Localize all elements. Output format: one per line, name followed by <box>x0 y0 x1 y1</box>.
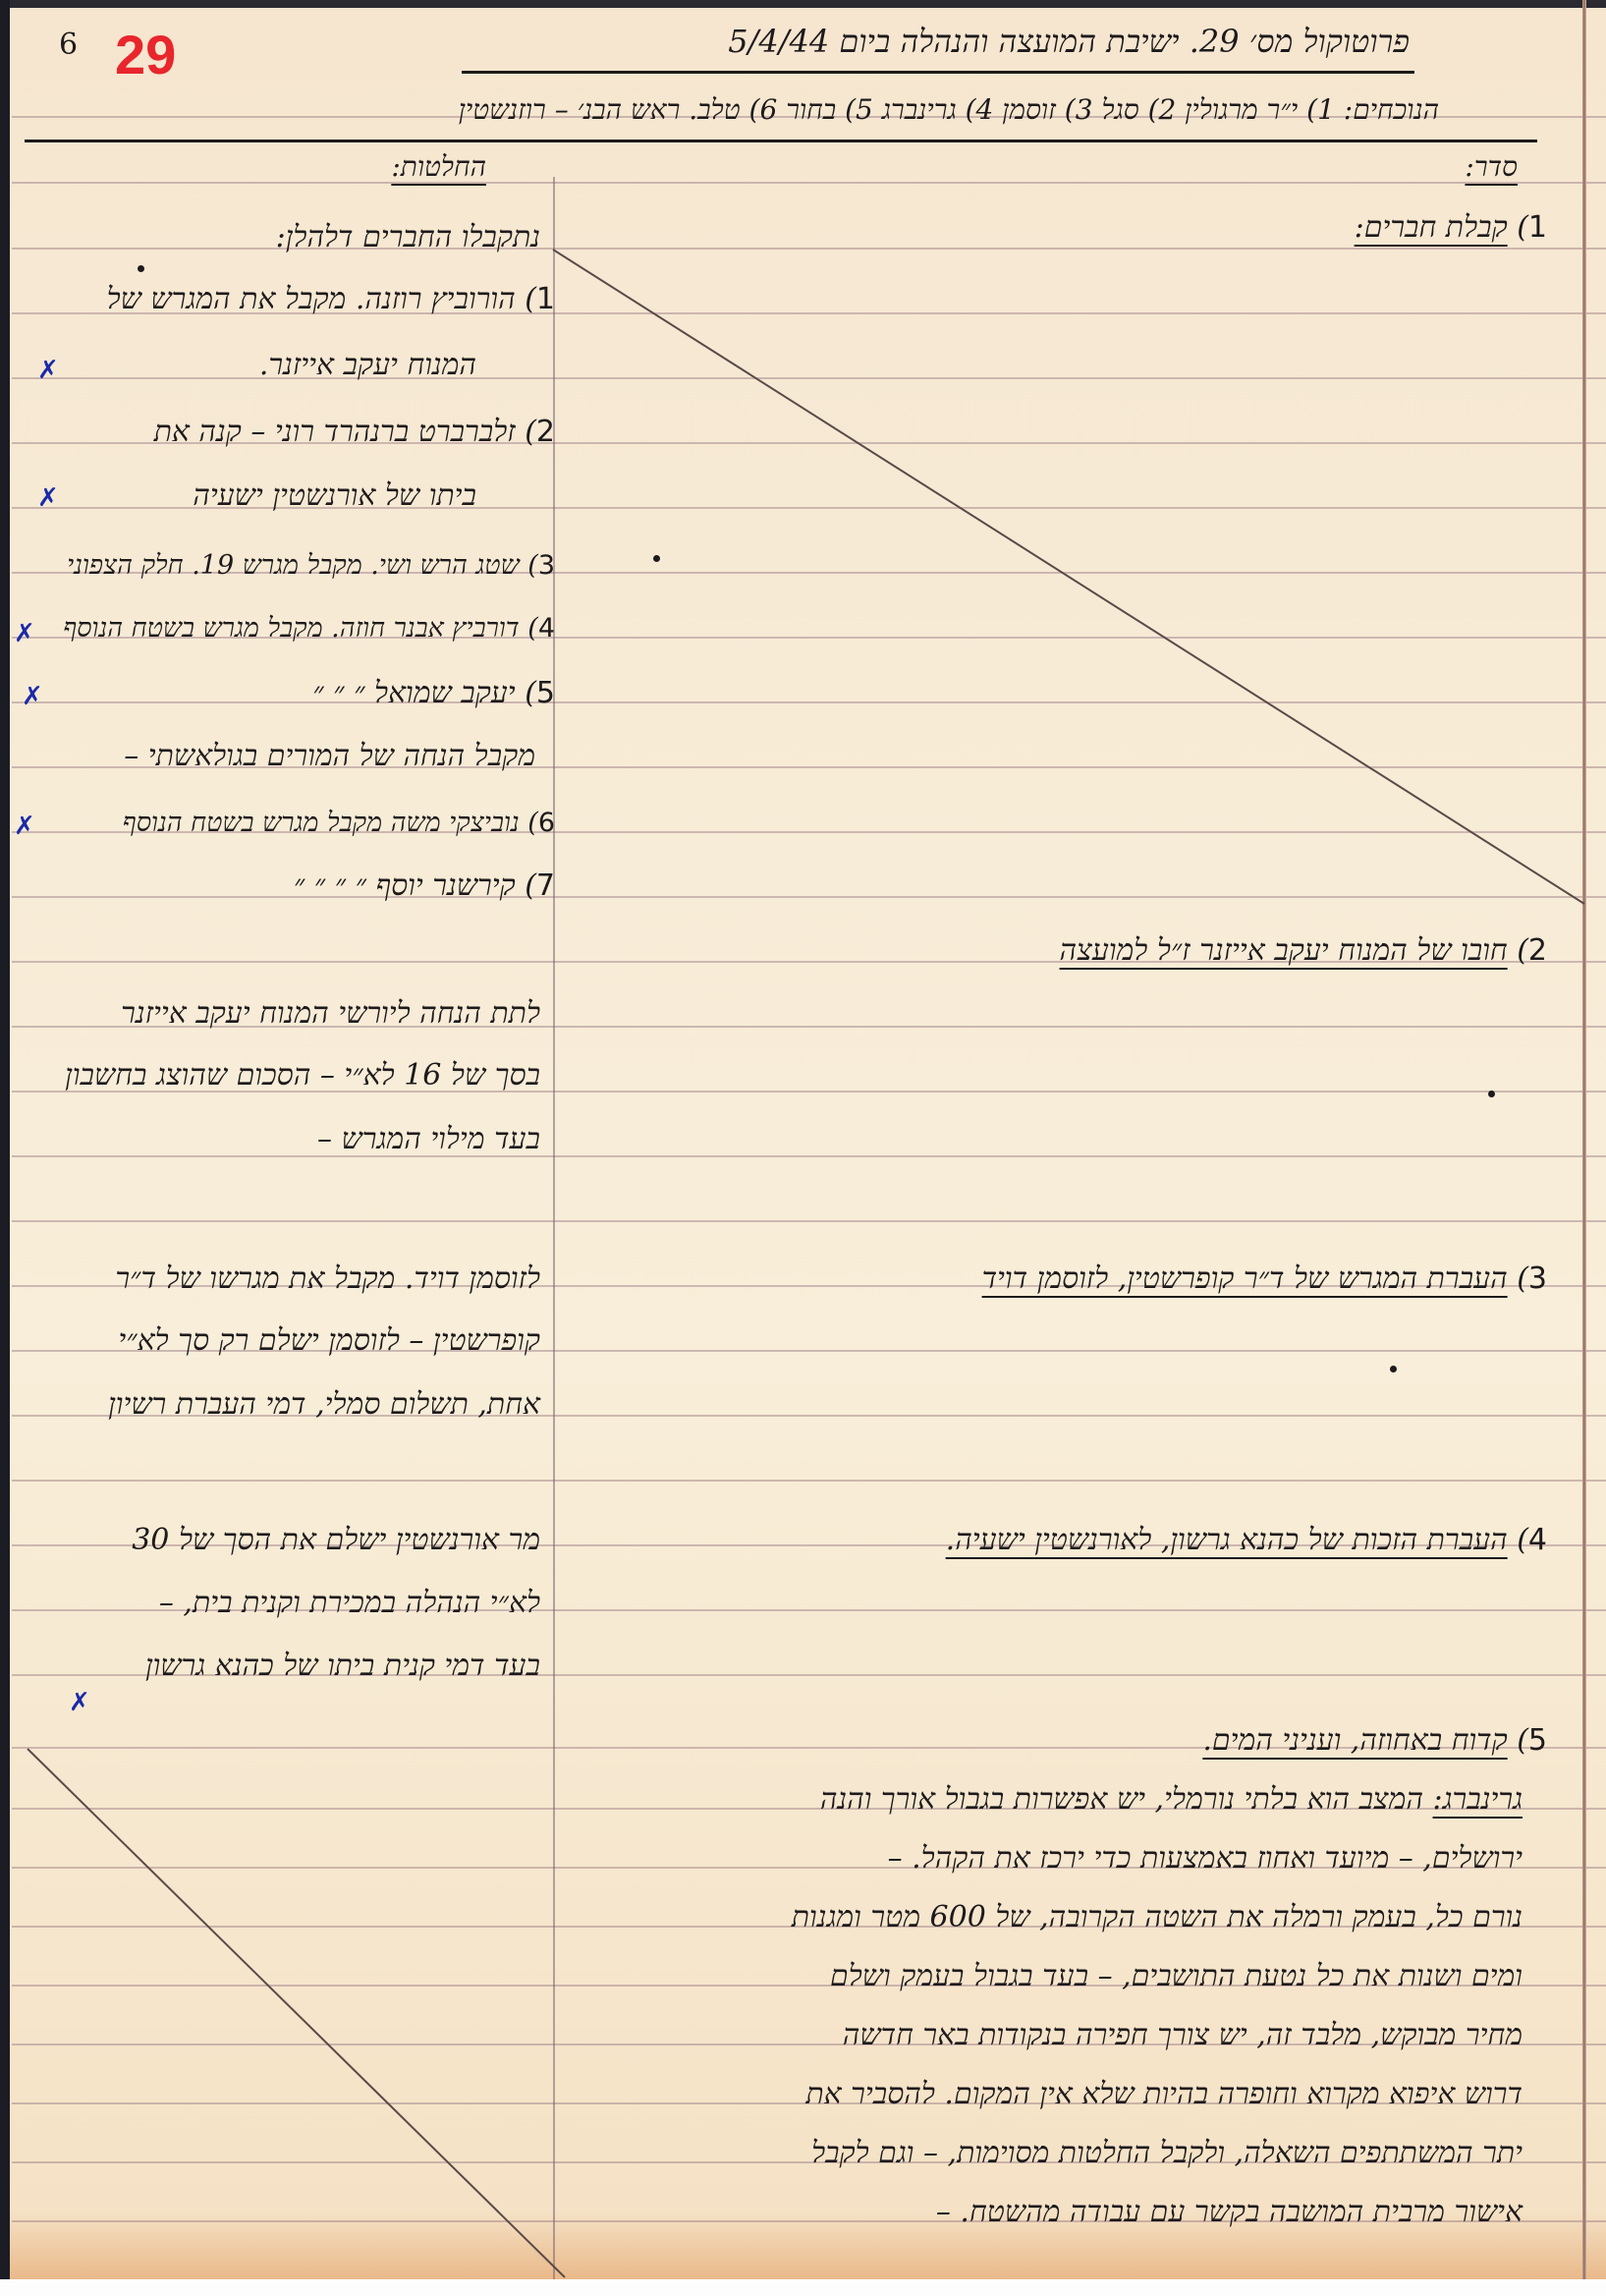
agenda-item: 3) העברת המגרש של ד״ר קופרשטין, לזוסמן ד… <box>982 1260 1547 1299</box>
water-line: אישור מרבית המושבה בקשר עם עבודה מהשטח. … <box>936 2193 1523 2232</box>
checkmark-icon: ✗ <box>22 682 43 711</box>
ruled-line <box>12 701 1606 703</box>
water-line: מחיר מבוקש, מלבד זה, יש צורך חפירה בנקוד… <box>843 2016 1523 2055</box>
member-entry-cont: ביתו של אורנשטין ישעיה <box>193 476 476 516</box>
column-divider <box>553 177 555 2279</box>
agenda-item-text: העברת הזכות של כהנא גרשון, לאורנשטין ישע… <box>946 1523 1508 1557</box>
binding-edge <box>0 0 10 2279</box>
agenda-item-text: קבלת חברים: <box>1355 210 1508 245</box>
member-entry: 5) יעקב שמואל ״ ״ ״ <box>312 674 555 713</box>
ruled-line <box>12 896 1606 898</box>
member-entry: 4) דורביץ אבנר חוזה. מקבל מגרש בשטח הנוס… <box>63 609 555 648</box>
member-entry: 2) זלברברט ברנהרד רוני – קנה את <box>154 413 555 452</box>
ink-dot <box>138 265 144 272</box>
agenda-item: 1) קבלת חברים: <box>1355 208 1547 248</box>
agenda-item: 4) העברת הזכות של כהנא גרשון, לאורנשטין … <box>946 1521 1547 1560</box>
checkmark-icon: ✗ <box>14 619 35 648</box>
water-line: ומים ושנות את כל נטעת התושבים, – בעד בגב… <box>830 1957 1523 1996</box>
agenda-item-text: חובו של המנוח יעקב אייזנר ז״ל למועצה <box>1060 933 1508 968</box>
agenda-item-text: קדוח באחוזה, ועניני המים. <box>1202 1723 1507 1758</box>
member-entry-cont: המנוח יעקב אייזנר. <box>259 346 476 385</box>
member-entry: 7) קירשנר יוסף ״ ״ ״ ״ <box>294 867 555 906</box>
agenda-label: סדר: <box>1465 147 1518 187</box>
water-line: ירושלים, – מיועד ואחוז באמצעות כדי ירכז … <box>888 1839 1523 1878</box>
water-line: גרינברג: המצב הוא בלתי נורמלי, יש אפשרות… <box>820 1780 1523 1820</box>
attendees-underline <box>25 140 1537 142</box>
water-line: דרוש איפוא מקרוא וחופרה בהיות שלא אין המ… <box>805 2075 1523 2114</box>
members-intro: נתקבלו החברים דלהלן: <box>276 218 540 257</box>
water-line: נורם כל, בעמק ורמלה את השטה הקרובה, של 6… <box>792 1898 1523 1937</box>
ruled-line <box>12 1155 1606 1157</box>
page-number: 6 <box>59 28 78 62</box>
ink-dot <box>1390 1366 1397 1372</box>
decisions-label: החלטות: <box>391 147 486 187</box>
title-underline <box>462 71 1414 74</box>
scan-margin <box>0 2279 1606 2296</box>
member-entry: 1) הורוביץ רוזנה. מקבל את המגרש של <box>107 280 555 319</box>
speaker-name: גרינברג: <box>1433 1782 1523 1817</box>
agenda-item-text: העברת המגרש של ד״ר קופרשטין, לזוסמן דויד <box>982 1261 1508 1296</box>
ruled-line <box>12 1220 1606 1222</box>
agenda-item: 2) חובו של המנוח יעקב אייזנר ז״ל למועצה <box>1060 931 1547 971</box>
document-page: 6 29 פרוטוקול מס׳ 29. ישיבת המועצה והנהל… <box>0 0 1606 2279</box>
agenda-item: 5) קדוח באחוזה, ועניני המים. <box>1202 1721 1547 1761</box>
member-entry: 6) נוביצקי משה מקבל מגרש בשטח הנוסף <box>123 804 555 843</box>
scan-top-edge <box>0 0 1606 8</box>
member-entry-cont: מקבל הנחה של המורים בגולאשתי – <box>124 737 535 776</box>
ruled-line <box>12 377 1606 379</box>
ruled-line <box>12 248 1606 250</box>
red-stamp-number: 29 <box>115 26 176 84</box>
checkmark-icon: ✗ <box>69 1688 90 1717</box>
diagonal-strike-lines <box>0 0 1606 2279</box>
ruled-line <box>12 182 1606 184</box>
ink-dot <box>653 555 660 562</box>
checkmark-icon: ✗ <box>37 483 59 513</box>
ruled-line <box>12 1480 1606 1482</box>
checkmark-icon: ✗ <box>14 812 35 841</box>
ink-dot <box>1488 1091 1495 1097</box>
water-line: יתר המשתתפים השאלה, ולקבל החלטות מסוימות… <box>811 2134 1523 2173</box>
attendees-line: הנוכחים: 1) י״ר מרגולין 2) סגל 3) זוסמן … <box>459 90 1439 130</box>
member-entry: 3) שטג הרש ושי. מקבל מגרש 19. חלק הצפוני <box>67 546 555 586</box>
document-title: פרוטוקול מס׳ 29. ישיבת המועצה והנהלה ביו… <box>728 22 1410 61</box>
right-margin-line <box>1582 0 1586 2279</box>
checkmark-icon: ✗ <box>37 356 59 385</box>
